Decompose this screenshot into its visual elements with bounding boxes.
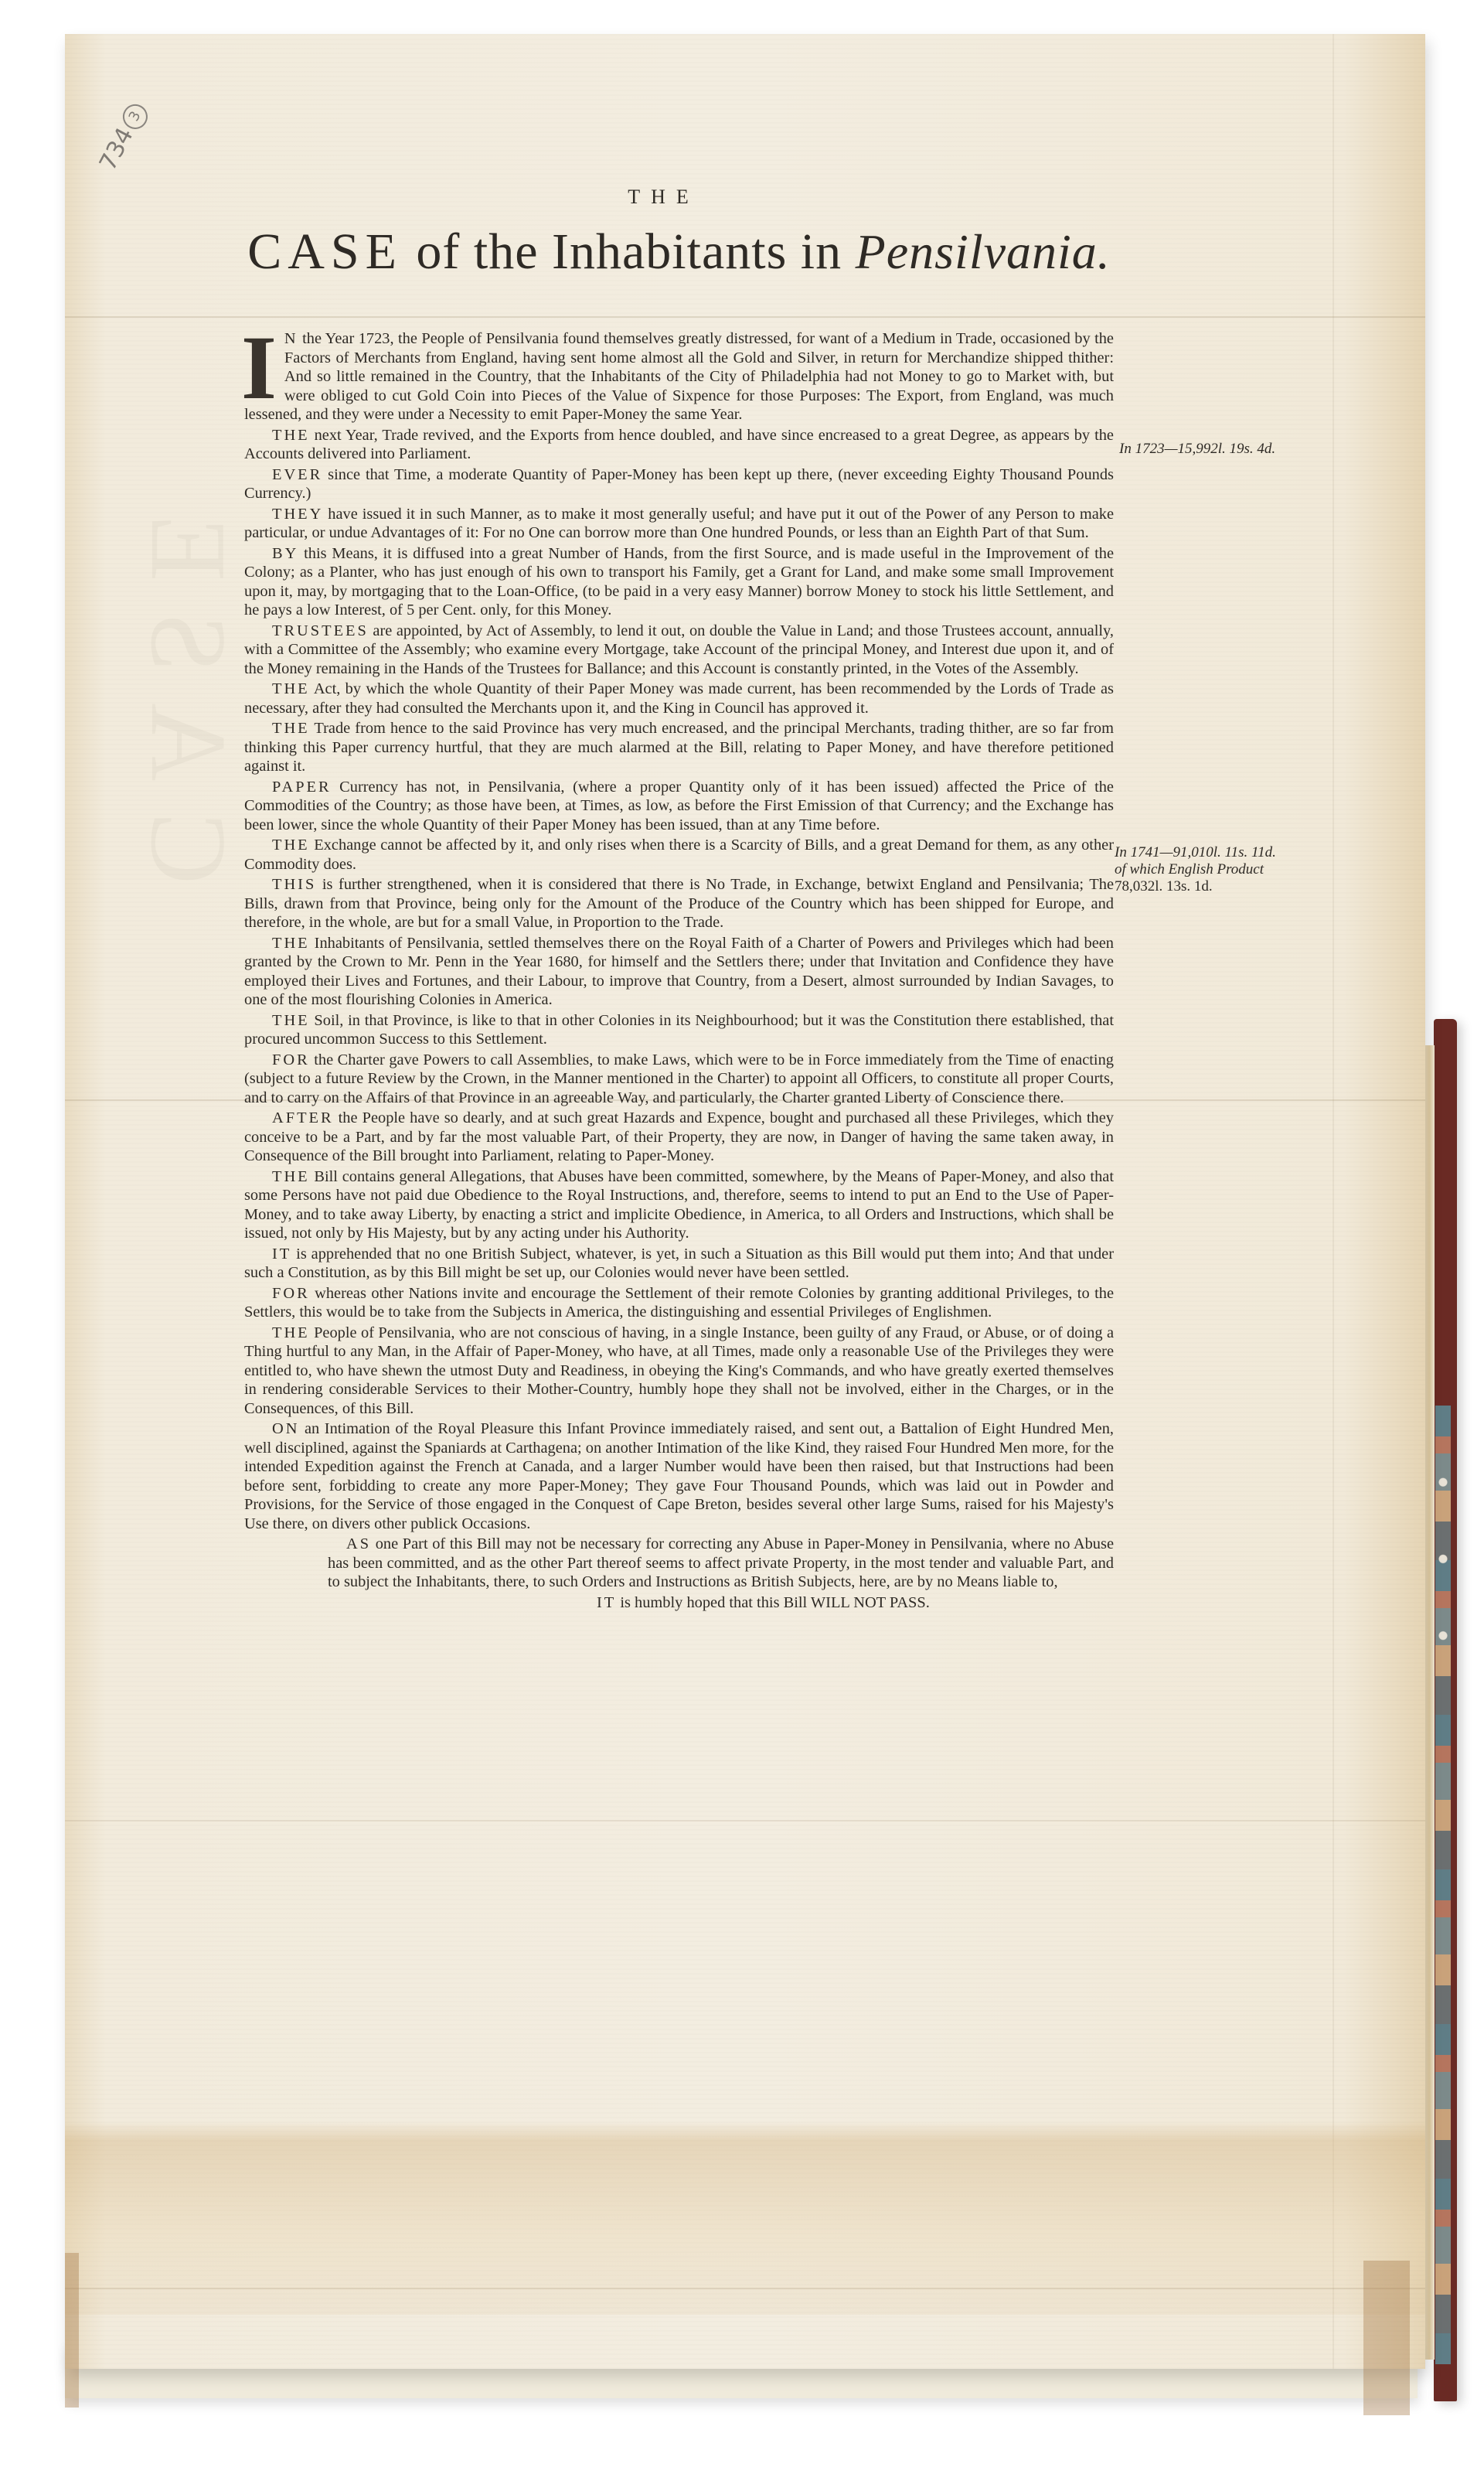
paragraph: IT is apprehended that no one British Su… (244, 1245, 1114, 1283)
paragraph-text: Bill contains general Allegations, that … (244, 1168, 1114, 1242)
fold-line (65, 1820, 1425, 1821)
paragraph-text: are appointed, by Act of Assembly, to le… (244, 622, 1114, 677)
paragraph: PAPER Currency has not, in Pensilvania, … (244, 778, 1114, 835)
paragraph-text: Exchange cannot be affected by it, and o… (244, 837, 1114, 873)
paragraph-lead-word: THE (272, 427, 310, 444)
paragraph-text: one Part of this Bill may not be necessa… (328, 1535, 1114, 1590)
document-body: IN the Year 1723, the People of Pensilva… (244, 329, 1114, 1612)
paragraph-lead-word: FOR (272, 1285, 310, 1302)
paragraph-text: Inhabitants of Pensilvania, settled them… (244, 935, 1114, 1009)
paragraph-text: People of Pensilvania, who are not consc… (244, 1324, 1114, 1417)
paragraph: THE Bill contains general Allegations, t… (244, 1167, 1114, 1243)
paragraph: FOR the Charter gave Powers to call Asse… (244, 1051, 1114, 1108)
paragraph-lead-word: THE (272, 720, 310, 737)
paragraph: THE Soil, in that Province, is like to t… (244, 1011, 1114, 1049)
margin-note-1723: In 1723—15,992l. 19s. 4d. (1119, 441, 1275, 458)
paragraph-text: the Year 1723, the People of Pensilvania… (244, 330, 1114, 423)
paragraph-text: since that Time, a moderate Quantity of … (244, 466, 1114, 503)
paragraph-lead-word: THE (272, 1168, 310, 1185)
show-through-text: CASE (126, 484, 250, 884)
paragraph: TRUSTEES are appointed, by Act of Assemb… (244, 622, 1114, 679)
paragraph: THEY have issued it in such Manner, as t… (244, 505, 1114, 543)
fold-line (1333, 34, 1334, 2369)
paragraph: FOR whereas other Nations invite and enc… (244, 1284, 1114, 1322)
paragraph: EVER since that Time, a moderate Quantit… (244, 465, 1114, 503)
paragraph-lead-word: N (284, 330, 298, 347)
paragraph: IN the Year 1723, the People of Pensilva… (244, 329, 1114, 424)
paragraph-text: the People have so dearly, and at such g… (244, 1109, 1114, 1164)
paragraph-lead-word: THE (272, 680, 310, 697)
paragraph: ON an Intimation of the Royal Pleasure t… (244, 1419, 1114, 1533)
paragraph: AS one Part of this Bill may not be nece… (328, 1535, 1114, 1592)
paragraph-text: whereas other Nations invite and encoura… (244, 1285, 1114, 1321)
paragraph-text: is apprehended that no one British Subje… (244, 1246, 1114, 1282)
paragraph: THE next Year, Trade revived, and the Ex… (244, 426, 1114, 464)
paragraph: IT is humbly hoped that this Bill WILL N… (597, 1593, 1114, 1613)
heading-small: THE (244, 186, 1114, 209)
paragraph-text: is humbly hoped that this Bill WILL NOT … (616, 1594, 930, 1611)
paragraph-text: an Intimation of the Royal Pleasure this… (244, 1420, 1114, 1532)
paragraph-lead-word: EVER (272, 466, 322, 483)
foxing-stain (65, 2253, 79, 2408)
foxing-stain (65, 2121, 1425, 2315)
paragraph-lead-word: THE (272, 1012, 310, 1029)
drop-cap: I (241, 332, 277, 404)
paragraph: THIS is further strengthened, when it is… (244, 875, 1114, 932)
paragraph-text: Soil, in that Province, is like to that … (244, 1012, 1114, 1048)
paragraph-lead-word: TRUSTEES (272, 622, 369, 639)
marbled-endpaper-edge (1435, 1406, 1451, 2364)
paragraph: THE Inhabitants of Pensilvania, settled … (244, 934, 1114, 1010)
paragraph: THE People of Pensilvania, who are not c… (244, 1324, 1114, 1419)
paragraph-text: this Means, it is diffused into a great … (244, 545, 1114, 619)
paragraph-text: Trade from hence to the said Province ha… (244, 720, 1114, 775)
paragraph-lead-word: ON (272, 1420, 299, 1437)
paragraph: BY this Means, it is diffused into a gre… (244, 544, 1114, 620)
paragraph-text: Currency has not, in Pensilvania, (where… (244, 779, 1114, 833)
paragraph-lead-word: BY (272, 545, 298, 562)
paragraph-text: is further strengthened, when it is cons… (244, 876, 1114, 931)
paragraph-lead-word: FOR (272, 1051, 310, 1068)
paragraph-lead-word: THE (272, 1324, 310, 1341)
foxing-stain (1363, 2261, 1410, 2415)
paragraph: THE Trade from hence to the said Provinc… (244, 719, 1114, 776)
paragraph: AFTER the People have so dearly, and at … (244, 1109, 1114, 1166)
margin-note-1741: In 1741—91,010l. 11s. 11d. of which Engl… (1115, 844, 1276, 895)
paragraph-text: Act, by which the whole Quantity of thei… (244, 680, 1114, 717)
paragraph-text: have issued it in such Manner, as to mak… (244, 506, 1114, 542)
paragraph: THE Act, by which the whole Quantity of … (244, 680, 1114, 717)
document-content: THE CASE of the Inhabitants in Pensilvan… (244, 186, 1114, 1612)
paragraph-lead-word: IT (597, 1594, 616, 1611)
paragraph-text: the Charter gave Powers to call Assembli… (244, 1051, 1114, 1106)
paragraph-lead-word: AFTER (272, 1109, 334, 1126)
paragraph: THE Exchange cannot be affected by it, a… (244, 836, 1114, 874)
paragraph-lead-word: THEY (272, 506, 323, 523)
paragraph-lead-word: THIS (272, 876, 316, 893)
paragraph-lead-word: AS (346, 1535, 371, 1552)
document-title: CASE of the Inhabitants in Pensilvania. (244, 223, 1114, 281)
paragraph-lead-word: THE (272, 837, 310, 854)
paragraph-lead-word: THE (272, 935, 310, 952)
paragraph-lead-word: PAPER (272, 779, 332, 796)
paragraph-text: next Year, Trade revived, and the Export… (244, 427, 1114, 463)
paragraph-lead-word: IT (272, 1246, 291, 1263)
